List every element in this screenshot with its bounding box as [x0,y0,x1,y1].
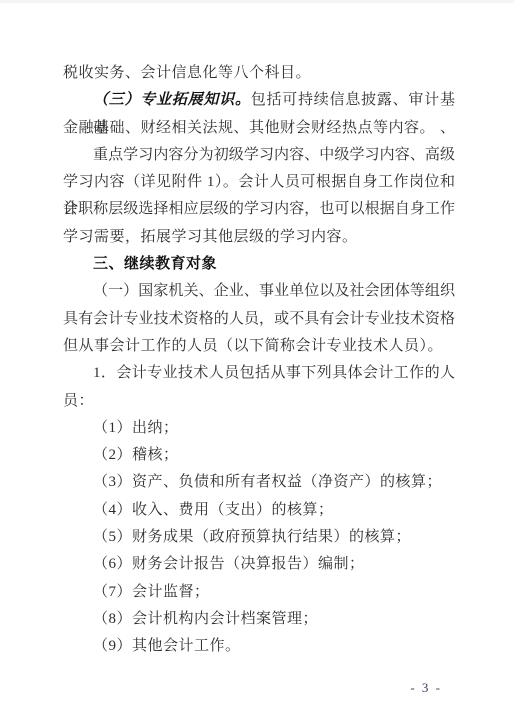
body-text: （8）会计机构内会计档案管理； [93,611,318,627]
text-line: （9）其他会计工作。 [63,633,455,660]
body-text: （1）出纳； [93,420,179,436]
text-line: （7）会计监督； [63,579,455,606]
text-line: （3）资产、负债和所有者权益（净资产）的核算； [63,469,455,496]
body-text: 金融基础、财经相关法规、其他财会财经热点等内容。 [63,120,435,136]
text-line: 但从事会计工作的人员（以下简称会计专业技术人员）。 [63,333,455,360]
text-line: （5）财务成果（政府预算执行结果）的核算； [63,524,455,551]
text-line: （一）国家机关、企业、事业单位以及社会团体等组织 [63,278,455,305]
body-text: 税收实务、会计信息化等八个科目。 [63,65,311,81]
text-line: 具有会计专业技术资格的人员，或不具有会计专业技术资格 [63,306,455,333]
text-line: 学习内容（详见附件 1）。会计人员可根据自身工作岗位和会 [63,169,455,196]
body-text: 1．会计专业技术人员包括从事下列具体会计工作的人 [93,365,455,381]
body-text: 员： [63,393,94,409]
body-text: 重点学习内容分为初级学习内容、中级学习内容、高级 [93,147,455,163]
bold-text: （三）专业拓展知识。 [93,92,251,108]
body-text: 但从事会计工作的人员（以下简称会计专业技术人员）。 [63,338,443,354]
text-line: 计职称层级选择相应层级的学习内容，也可以根据自身工作 [63,196,455,223]
text-line: 员： [63,388,455,415]
text-line: 1．会计专业技术人员包括从事下列具体会计工作的人 [63,360,455,387]
text-line: 学习需要，拓展学习其他层级的学习内容。 [63,224,455,251]
body-text: 具有会计专业技术资格的人员，或不具有会计专业技术资格 [63,311,455,327]
body-text: （7）会计监督； [93,584,210,600]
text-line: 金融基础、财经相关法规、其他财会财经热点等内容。 [63,115,455,142]
body-text: 计职称层级选择相应层级的学习内容，也可以根据自身工作 [63,201,455,217]
text-line: 税收实务、会计信息化等八个科目。 [63,60,455,87]
text-line: （1）出纳； [63,415,455,442]
body-text: 学习需要，拓展学习其他层级的学习内容。 [63,229,358,245]
text-line: （三）专业拓展知识。包括可持续信息披露、审计基础、 [63,87,455,114]
body-text: （9）其他会计工作。 [93,638,241,654]
document-body: 税收实务、会计信息化等八个科目。（三）专业拓展知识。包括可持续信息披露、审计基础… [63,60,455,661]
body-text: （一）国家机关、企业、事业单位以及社会团体等组织 [93,283,455,299]
body-text: （6）财务会计报告（决算报告）编制； [93,556,365,572]
text-line: （4）收入、费用（支出）的核算； [63,497,455,524]
body-text: （5）财务成果（政府预算执行结果）的核算； [93,529,411,545]
text-line: 重点学习内容分为初级学习内容、中级学习内容、高级 [63,142,455,169]
bold-text: 三、继续教育对象 [93,256,217,272]
body-text: （2）稽核； [93,447,179,463]
text-line: （6）财务会计报告（决算报告）编制； [63,551,455,578]
text-line: 三、继续教育对象 [63,251,455,278]
text-line: （2）稽核； [63,442,455,469]
page-number: - 3 - [410,680,442,696]
body-text: （3）资产、负债和所有者权益（净资产）的核算； [93,474,442,490]
page-top-edge [0,0,514,3]
body-text: （4）收入、费用（支出）的核算； [93,502,334,518]
text-line: （8）会计机构内会计档案管理； [63,606,455,633]
